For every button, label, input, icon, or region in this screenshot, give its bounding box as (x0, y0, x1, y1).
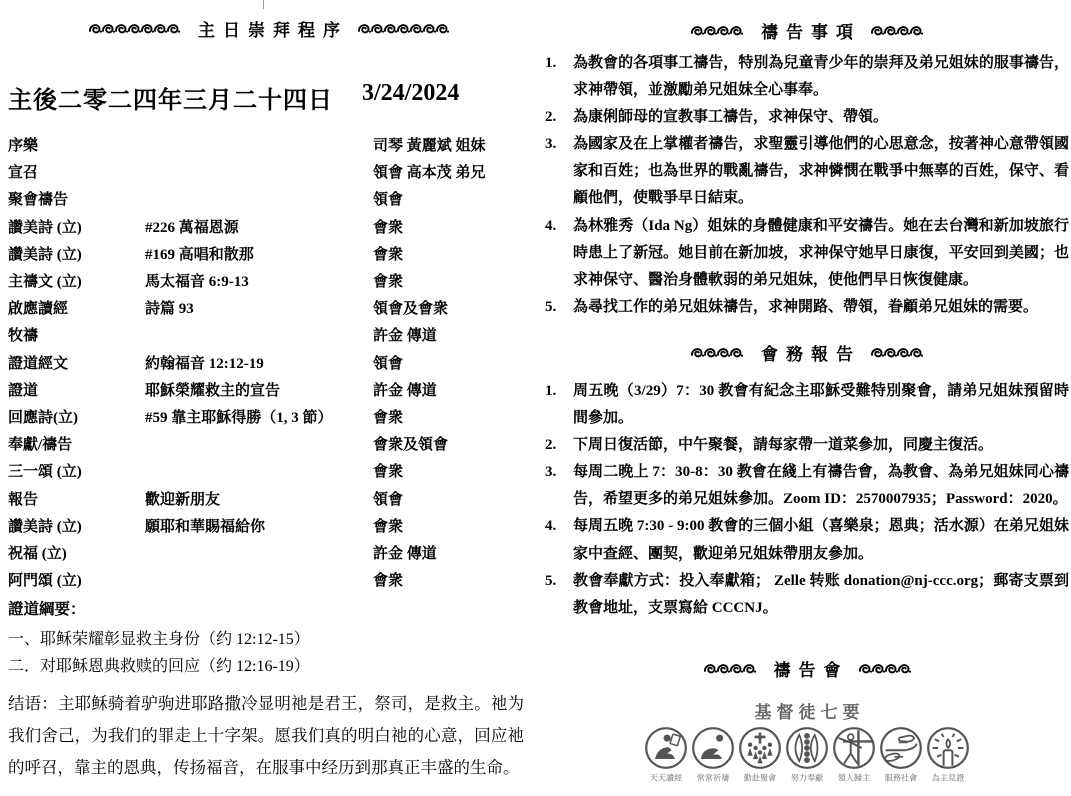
item-text: 為尋找工作的弟兄姐妹禱告，求神開路、帶領，眷顧弟兄姐妹的需要。 (573, 294, 1069, 321)
scroll-curl-icon (704, 347, 717, 358)
item-text: 每周五晚 7:30 - 9:00 教會的三個小組（喜樂泉；恩典；活水源）在弟兄姐… (573, 513, 1069, 567)
program-who: 會衆 (373, 460, 530, 481)
program-item: 祝福 (立) (8, 542, 145, 563)
item-number: 2. (545, 432, 573, 459)
prayer-meeting-title: 禱告會 (766, 656, 849, 681)
seven-essentials-logo: 基督徒七要 天天讀經 常常祈禱 (545, 698, 1069, 784)
program-who: 許金 傳道 (373, 379, 530, 400)
outline-point-1: 一、耶稣荣耀彰显救主身份（约 12:12-15） (8, 626, 530, 653)
scroll-curl-icon (859, 663, 872, 674)
list-item: 3.為國家及在上掌權者禱告，求聖靈引導他們的心思意念，按著神心意帶領國家和百姓；… (545, 131, 1069, 212)
scroll-curl-icon (884, 25, 897, 36)
right-ornament (871, 347, 923, 358)
scroll-curl-icon (704, 25, 717, 36)
essential-read-bible: 天天讀經 (644, 726, 689, 784)
left-column: 主日崇拜程序 主後二零二四年三月二十四日 3/24/2024 序樂司琴 黃麗斌 … (8, 0, 530, 796)
scroll-curl-icon (897, 347, 910, 358)
item-text: 為國家及在上掌權者禱告，求聖靈引導他們的心思意念，按著神心意帶領國家和百姓；也為… (573, 131, 1069, 212)
program-detail: #169 高唱和散那 (145, 243, 373, 264)
essential-label: 常常祈禱 (697, 772, 729, 784)
scroll-curl-icon (730, 663, 743, 674)
essential-serve-society: 服務社會 (879, 726, 924, 784)
date-row: 主後二零二四年三月二十四日 3/24/2024 (8, 80, 530, 110)
program-item: 宣召 (8, 161, 145, 182)
list-item: 5.為尋找工作的弟兄姐妹禱告，求神開路、帶領，眷顧弟兄姐妹的需要。 (545, 294, 1069, 321)
program-who: 會衆 (373, 569, 530, 590)
left-ornament (704, 663, 756, 674)
program-who: 領會 (373, 188, 530, 209)
sermon-conclusion: 结语：主耶稣骑着驴驹进耶路撒冷显明祂是君王，祭司，是救主。祂为我们舍己，为我们的… (8, 688, 524, 784)
program-who: 會衆及領會 (373, 433, 530, 454)
program-item: 回應詩(立) (8, 406, 145, 427)
program-detail: 馬太福音 6:9-13 (145, 270, 373, 291)
reading-icon (644, 726, 688, 770)
scroll-curl-icon (358, 23, 371, 34)
program-item: 讚美詩 (立) (8, 243, 145, 264)
item-text: 為康俐師母的宣教事工禱告，求神保守、帶領。 (573, 104, 1069, 131)
item-number: 3. (545, 459, 573, 513)
right-ornament (871, 25, 923, 36)
program-who: 領會及會衆 (373, 297, 530, 318)
essential-label: 服務社會 (885, 772, 917, 784)
essential-label: 天天讀經 (650, 772, 682, 784)
right-ornament (859, 663, 911, 674)
program-detail: 歡迎新朋友 (145, 488, 373, 509)
scroll-curl-icon (910, 25, 923, 36)
prayer-items-header: 禱告事項 (545, 18, 1069, 43)
prayer-meeting-header: 禱告會 (545, 656, 1069, 681)
item-number: 1. (545, 378, 573, 432)
program-who: 會衆 (373, 270, 530, 291)
program-item: 啟應讀經 (8, 297, 145, 318)
date-numeric: 3/24/2024 (362, 80, 459, 107)
scroll-curl-icon (872, 663, 885, 674)
program-who: 領會 (373, 488, 530, 509)
announcements-list: 1.周五晚（3/29）7：30 教會有紀念主耶穌受難特別聚會，請弟兄姐妹預留時間… (545, 378, 1069, 622)
scroll-curl-icon (397, 23, 410, 34)
left-ornament (89, 23, 180, 34)
list-item: 4.為林雅秀（Ida Ng）姐妹的身體健康和平安禱告。她在去台灣和新加坡旅行時患… (545, 213, 1069, 294)
program-detail: 耶穌榮耀救主的宣告 (145, 379, 373, 400)
scroll-curl-icon (89, 23, 102, 34)
left-ornament (691, 347, 743, 358)
program-who: 司琴 黃麗斌 姐妹 (373, 134, 530, 155)
scroll-curl-icon (885, 663, 898, 674)
list-item: 2.為康俐師母的宣教事工禱告，求神保守、帶領。 (545, 104, 1069, 131)
right-column: 禱告事項 1.為教會的各項事工禱告，特別為兒童青少年的崇拜及弟兄姐妹的服事禱告，… (545, 0, 1069, 796)
program-detail: #226 萬福恩源 (145, 216, 373, 237)
program-detail: 詩篇 93 (145, 297, 373, 318)
program-detail: 約翰福音 12:12-19 (145, 352, 373, 373)
essential-pray: 常常祈禱 (691, 726, 736, 784)
scroll-curl-icon (730, 25, 743, 36)
announcements-header: 會務報告 (545, 340, 1069, 365)
left-ornament (691, 25, 743, 36)
program-detail: 願耶和華賜福給你 (145, 515, 373, 536)
scroll-curl-icon (730, 347, 743, 358)
program-item: 聚會禱告 (8, 188, 145, 209)
scroll-curl-icon (167, 23, 180, 34)
list-item: 2.下周日復活節，中午聚餐，請每家帶一道菜參加，同慶主復活。 (545, 432, 1069, 459)
scroll-curl-icon (371, 23, 384, 34)
scroll-curl-icon (704, 663, 717, 674)
program-item: 證道 (8, 379, 145, 400)
program-item: 阿門頌 (立) (8, 569, 145, 590)
offering-icon (785, 726, 829, 770)
essential-attend-meetings: 勤赴聚會 (738, 726, 783, 784)
scroll-curl-icon (717, 663, 730, 674)
witness-icon (926, 726, 970, 770)
item-number: 1. (545, 50, 573, 104)
right-ornament (358, 23, 449, 34)
item-number: 4. (545, 213, 573, 294)
seven-essentials-icons: 天天讀經 常常祈禱 (644, 726, 971, 784)
program-detail: #59 靠主耶穌得勝（1, 3 節） (145, 406, 373, 427)
program-who: 會衆 (373, 243, 530, 264)
program-who: 許金 傳道 (373, 542, 530, 563)
scroll-curl-icon (691, 347, 704, 358)
item-text: 下周日復活節，中午聚餐，請每家帶一道菜參加，同慶主復活。 (573, 432, 1069, 459)
essential-label: 領人歸主 (838, 772, 870, 784)
item-number: 4. (545, 513, 573, 567)
list-item: 1.為教會的各項事工禱告，特別為兒童青少年的崇拜及弟兄姐妹的服事禱告，求神帶領，… (545, 50, 1069, 104)
program-item: 讚美詩 (立) (8, 515, 145, 536)
scroll-curl-icon (717, 25, 730, 36)
program-who: 會衆 (373, 406, 530, 427)
scroll-curl-icon (884, 347, 897, 358)
program-item: 三一頌 (立) (8, 460, 145, 481)
assembly-icon (738, 726, 782, 770)
list-item: 5.教會奉獻方式：投入奉獻箱； Zelle 转账 donation@nj-ccc… (545, 568, 1069, 622)
program-who: 許金 傳道 (373, 324, 530, 345)
worship-program-table: 序樂司琴 黃麗斌 姐妹 宣召領會 高本茂 弟兄 聚會禱告領會 讚美詩 (立)#2… (8, 131, 530, 593)
outline-point-2: 二．对耶稣恩典救赎的回应（约 12:16-19） (8, 653, 530, 680)
prayer-items-list: 1.為教會的各項事工禱告，特別為兒童青少年的崇拜及弟兄姐妹的服事禱告，求神帶領，… (545, 50, 1069, 321)
praying-icon (691, 726, 735, 770)
scroll-curl-icon (154, 23, 167, 34)
item-text: 為教會的各項事工禱告，特別為兒童青少年的崇拜及弟兄姐妹的服事禱告，求神帶領，並激… (573, 50, 1069, 104)
scroll-curl-icon (423, 23, 436, 34)
page-title-row: 主日崇拜程序 (8, 16, 530, 41)
date-chinese: 主後二零二四年三月二十四日 (8, 88, 333, 114)
item-number: 3. (545, 131, 573, 212)
list-item: 4.每周五晚 7:30 - 9:00 教會的三個小組（喜樂泉；恩典；活水源）在弟… (545, 513, 1069, 567)
essential-label: 為主見證 (932, 772, 964, 784)
program-item: 證道經文 (8, 352, 145, 373)
scroll-curl-icon (115, 23, 128, 34)
item-number: 5. (545, 568, 573, 622)
program-who: 會衆 (373, 515, 530, 536)
sermon-outline: 一、耶稣荣耀彰显救主身份（约 12:12-15） 二．对耶稣恩典救赎的回应（约 … (8, 626, 530, 680)
item-number: 5. (545, 294, 573, 321)
program-who: 領會 高本茂 弟兄 (373, 161, 530, 182)
scroll-curl-icon (141, 23, 154, 34)
essential-offering: 努力奉獻 (785, 726, 830, 784)
lead-to-lord-icon (832, 726, 876, 770)
program-item: 報告 (8, 488, 145, 509)
scroll-curl-icon (410, 23, 423, 34)
scroll-curl-icon (897, 25, 910, 36)
scroll-curl-icon (717, 347, 730, 358)
item-text: 為林雅秀（Ida Ng）姐妹的身體健康和平安禱告。她在去台灣和新加坡旅行時患上了… (573, 213, 1069, 294)
list-item: 3.每周二晚上 7：30-8：30 教會在綫上有禱告會，為教會、為弟兄姐妹同心禱… (545, 459, 1069, 513)
announcements-title: 會務報告 (753, 340, 861, 365)
scroll-curl-icon (871, 25, 884, 36)
program-item: 讚美詩 (立) (8, 216, 145, 237)
scroll-curl-icon (691, 25, 704, 36)
program-who: 會衆 (373, 216, 530, 237)
scroll-curl-icon (898, 663, 911, 674)
scroll-curl-icon (871, 347, 884, 358)
scroll-curl-icon (910, 347, 923, 358)
item-text: 教會奉獻方式：投入奉獻箱； Zelle 转账 donation@nj-ccc.o… (573, 568, 1069, 622)
page-title: 主日崇拜程序 (190, 16, 348, 41)
program-item: 主禱文 (立) (8, 270, 145, 291)
program-item: 序樂 (8, 134, 145, 155)
program-who: 領會 (373, 352, 530, 373)
scroll-curl-icon (436, 23, 449, 34)
scroll-curl-icon (384, 23, 397, 34)
item-text: 周五晚（3/29）7：30 教會有紀念主耶穌受難特別聚會，請弟兄姐妹預留時間參加… (573, 378, 1069, 432)
seven-essentials-title: 基督徒七要 (750, 698, 865, 723)
essential-lead-to-lord: 領人歸主 (832, 726, 877, 784)
essential-label: 勤赴聚會 (744, 772, 776, 784)
scroll-curl-icon (743, 663, 756, 674)
program-item: 牧禱 (8, 324, 145, 345)
scroll-curl-icon (128, 23, 141, 34)
item-number: 2. (545, 104, 573, 131)
list-item: 1.周五晚（3/29）7：30 教會有紀念主耶穌受難特別聚會，請弟兄姐妹預留時間… (545, 378, 1069, 432)
program-item: 奉獻/禱告 (8, 433, 145, 454)
essential-label: 努力奉獻 (791, 772, 823, 784)
sermon-outline-heading: 證道綱要： (8, 597, 86, 619)
prayer-items-title: 禱告事項 (753, 18, 861, 43)
scroll-curl-icon (102, 23, 115, 34)
serve-society-icon (879, 726, 923, 770)
item-text: 每周二晚上 7：30-8：30 教會在綫上有禱告會，為教會、為弟兄姐妹同心禱告，… (573, 459, 1069, 513)
essential-witness: 為主見證 (926, 726, 971, 784)
